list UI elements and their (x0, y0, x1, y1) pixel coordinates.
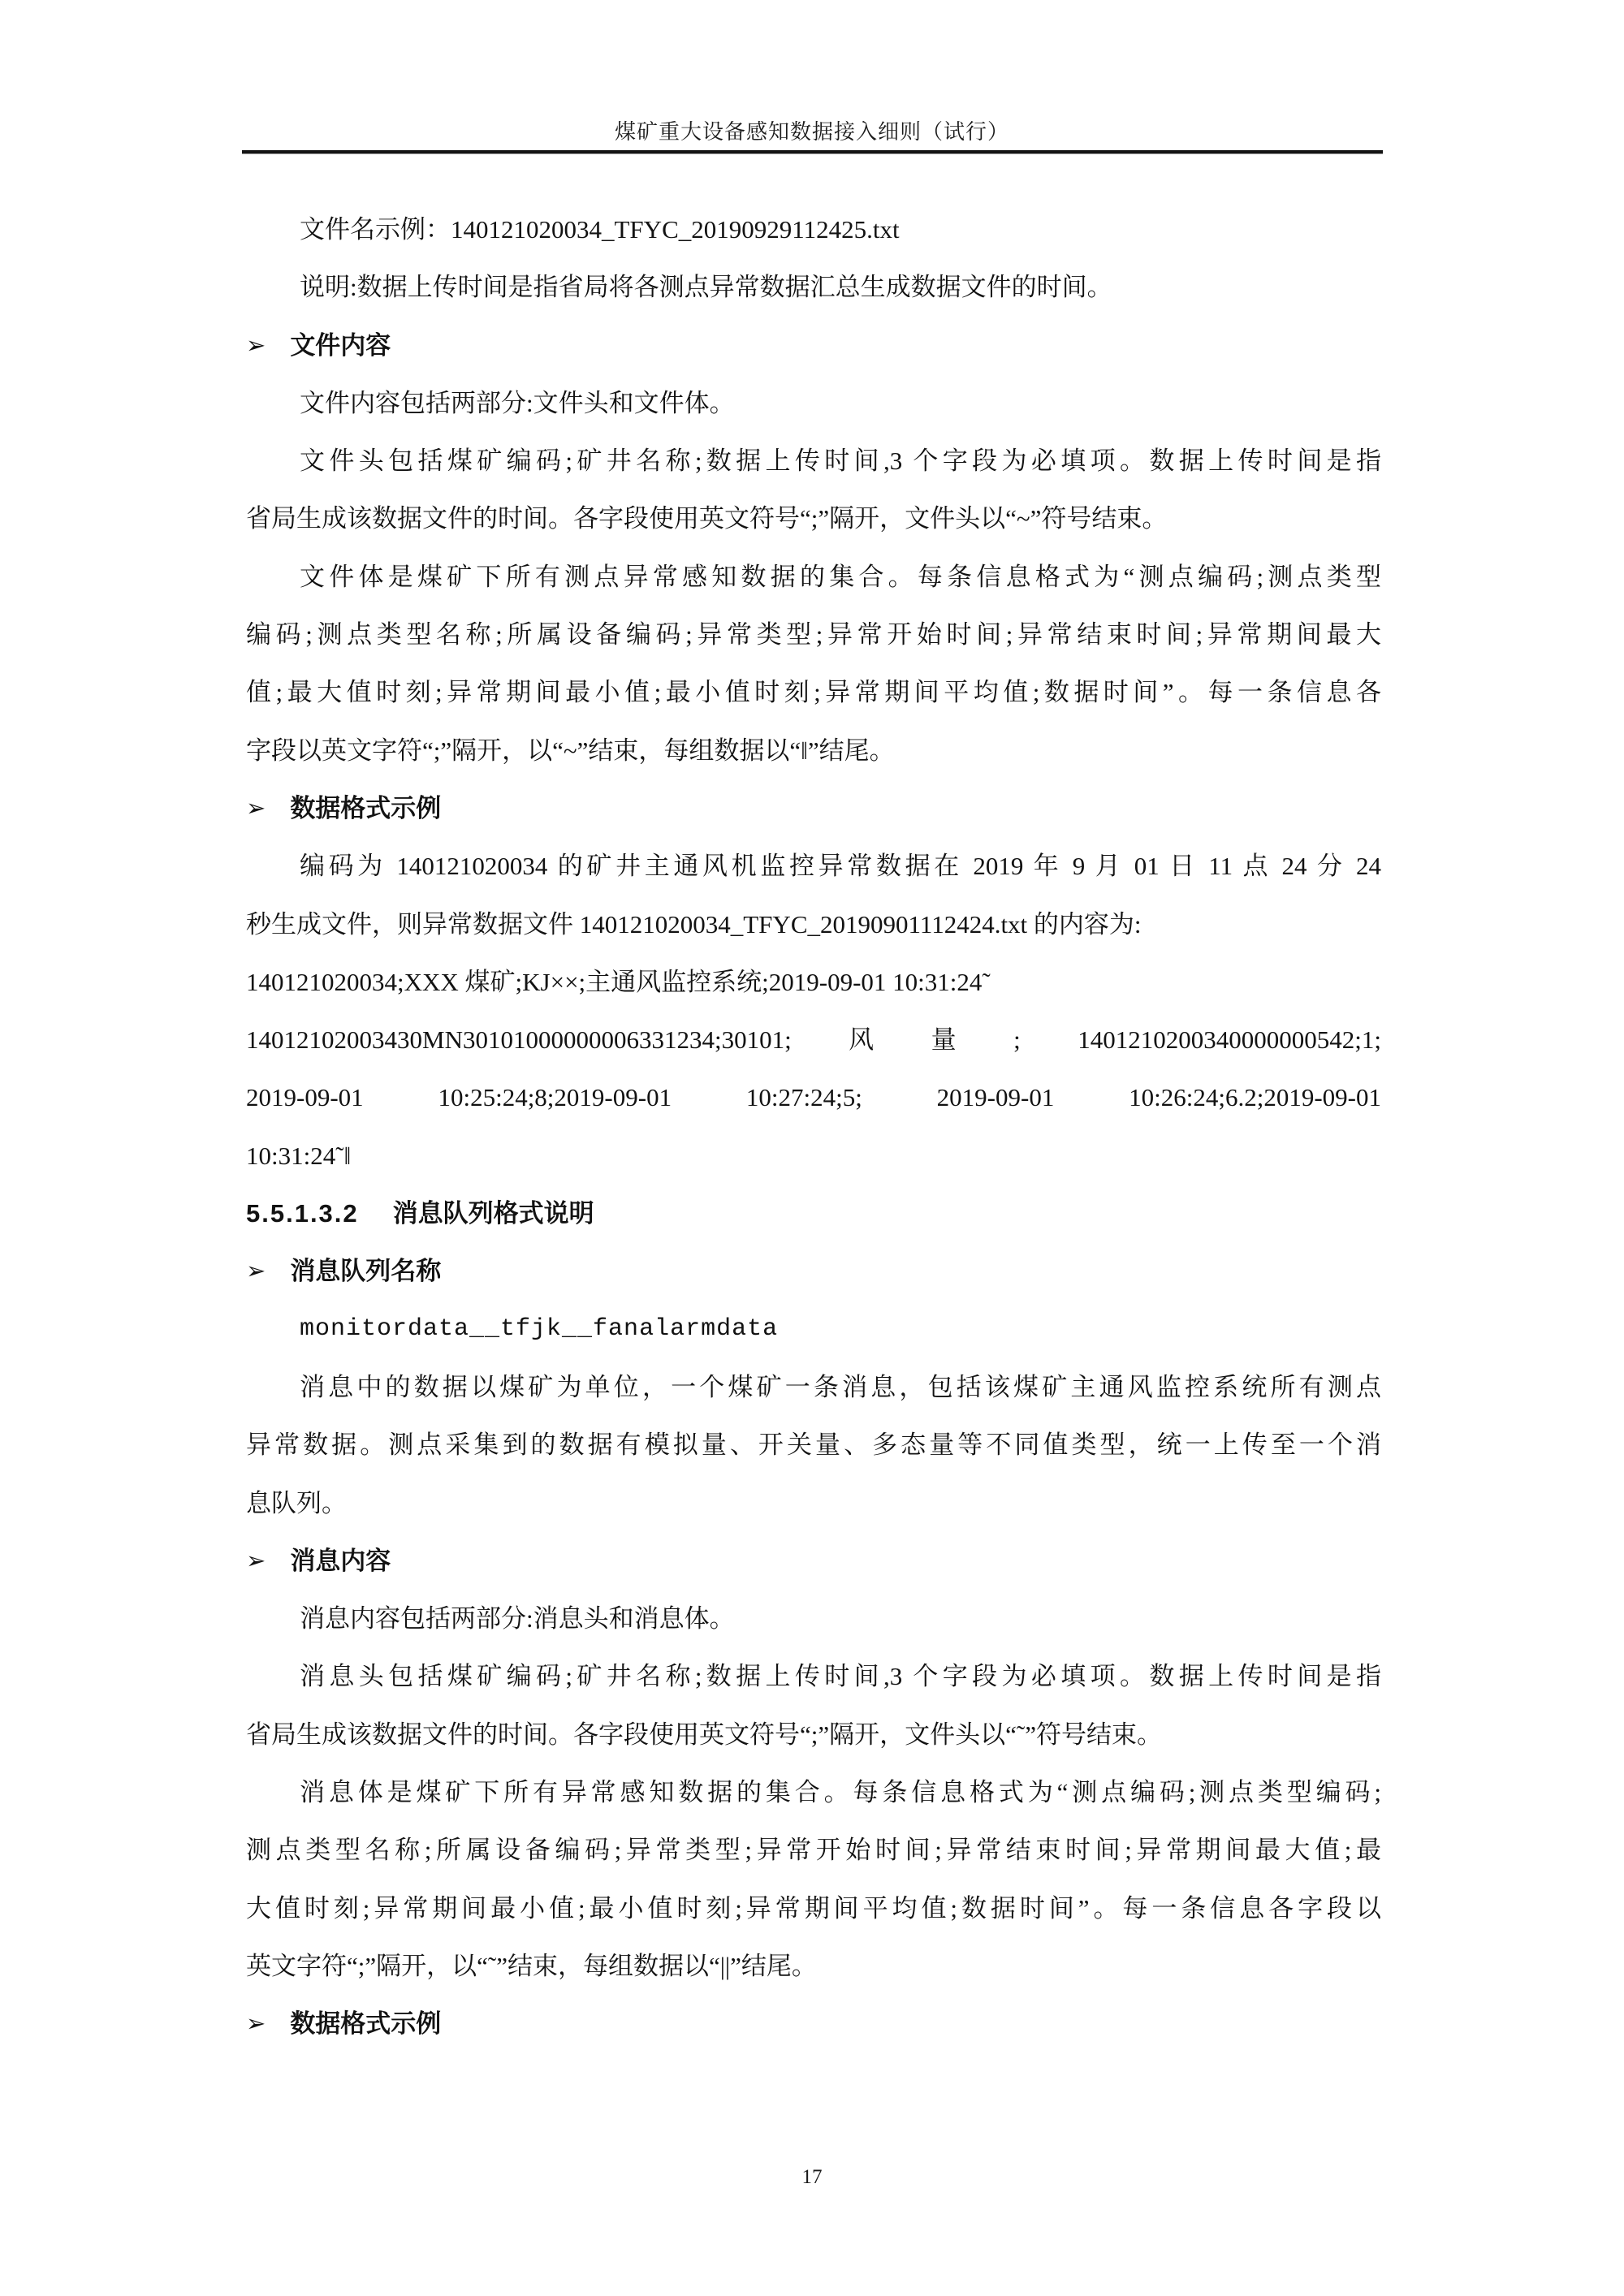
section-number: 5.5.1.3.2 (246, 1199, 359, 1228)
bullet-arrow-icon: ➢ (246, 2009, 266, 2037)
body-text-line: 14012102003430MN30101000000006331234;301… (246, 1011, 1381, 1068)
bullet-heading-label: 消息队列名称 (290, 1257, 441, 1285)
body-text-line: 异常数据。测点采集到的数据有模拟量、开关量、多态量等不同值类型，统一上传至一个消 (246, 1416, 1381, 1474)
bullet-arrow-icon: ➢ (246, 1257, 266, 1284)
body-text-line: 文件体是煤矿下所有测点异常感知数据的集合。每条信息格式为“测点编码;测点类型 (246, 548, 1381, 606)
bullet-heading: ➢数据格式示例 (246, 1995, 1381, 2052)
body-text-line: 消息体是煤矿下所有异常感知数据的集合。每条信息格式为“测点编码;测点类型编码; (246, 1763, 1381, 1821)
body-text-line: 值;最大值时刻;异常期间最小值;最小值时刻;异常期间平均值;数据时间”。每一条信… (246, 663, 1381, 721)
bullet-heading-label: 数据格式示例 (290, 794, 441, 822)
body-text-line: 140121020034;XXX 煤矿;KJ××;主通风监控系统;2019-09… (246, 953, 1381, 1011)
page-number: 17 (0, 2166, 1624, 2189)
body-text-line: 消息头包括煤矿编码;矿井名称;数据上传时间,3 个字段为必填项。数据上传时间是指 (246, 1647, 1381, 1705)
body-text-line: 消息中的数据以煤矿为单位，一个煤矿一条消息，包括该煤矿主通风监控系统所有测点 (246, 1358, 1381, 1416)
bullet-heading: ➢消息内容 (246, 1532, 1381, 1590)
bullet-arrow-icon: ➢ (246, 331, 266, 359)
bullet-heading-label: 文件内容 (290, 331, 391, 360)
body-text-line: 息队列。 (246, 1474, 1381, 1532)
header-divider (242, 150, 1383, 154)
body-text-line: 省局生成该数据文件的时间。各字段使用英文符号“;”隔开，文件头以“~”符号结束。 (246, 490, 1381, 547)
section-heading-label: 消息队列格式说明 (393, 1199, 594, 1228)
body-text-line: 说明:数据上传时间是指省局将各测点异常数据汇总生成数据文件的时间。 (246, 258, 1381, 316)
body-text-line: 消息内容包括两部分:消息头和消息体。 (246, 1590, 1381, 1647)
bullet-heading: ➢消息队列名称 (246, 1242, 1381, 1300)
bullet-heading: ➢文件内容 (246, 317, 1381, 374)
bullet-heading-label: 消息内容 (290, 1547, 391, 1575)
bullet-heading: ➢数据格式示例 (246, 779, 1381, 837)
body-text-line: 2019-09-01 10:25:24;8;2019-09-01 10:27:2… (246, 1068, 1381, 1126)
bullet-arrow-icon: ➢ (246, 794, 266, 822)
body-text-line: 省局生成该数据文件的时间。各字段使用英文符号“;”隔开，文件头以“˜”符号结束。 (246, 1706, 1381, 1763)
section-heading: 5.5.1.3.2消息队列格式说明 (246, 1185, 1381, 1242)
bullet-heading-label: 数据格式示例 (290, 2009, 441, 2038)
body-text-line: 测点类型名称;所属设备编码;异常类型;异常开始时间;异常结束时间;异常期间最大值… (246, 1821, 1381, 1879)
body-text-line: 编码;测点类型名称;所属设备编码;异常类型;异常开始时间;异常结束时间;异常期间… (246, 606, 1381, 663)
body-text-line: 文件内容包括两部分:文件头和文件体。 (246, 374, 1381, 432)
body-text-line: 文件名示例：140121020034_TFYC_20190929112425.t… (246, 201, 1381, 258)
body-text-line: 文件头包括煤矿编码;矿井名称;数据上传时间,3 个字段为必填项。数据上传时间是指 (246, 432, 1381, 490)
page-header-title: 煤矿重大设备感知数据接入细则（试行） (0, 115, 1624, 145)
body-text-line: 秒生成文件，则异常数据文件 140121020034_TFYC_20190901… (246, 896, 1381, 953)
document-body: 文件名示例：140121020034_TFYC_20190929112425.t… (246, 201, 1381, 2053)
code-line: monitordata__tfjk__fanalarmdata (246, 1301, 1381, 1358)
document-page: 煤矿重大设备感知数据接入细则（试行） 文件名示例：140121020034_TF… (0, 0, 1624, 2296)
body-text-line: 英文字符“;”隔开，以“˜”结束，每组数据以“||”结尾。 (246, 1937, 1381, 1995)
body-text-line: 编码为 140121020034 的矿井主通风机监控异常数据在 2019 年 9… (246, 837, 1381, 895)
body-text-line: 10:31:24˜‖ (246, 1127, 1381, 1185)
body-text-line: 字段以英文字符“;”隔开，以“~”结束，每组数据以“‖”结尾。 (246, 722, 1381, 779)
body-text-line: 大值时刻;异常期间最小值;最小值时刻;异常期间平均值;数据时间”。每一条信息各字… (246, 1880, 1381, 1937)
bullet-arrow-icon: ➢ (246, 1547, 266, 1574)
